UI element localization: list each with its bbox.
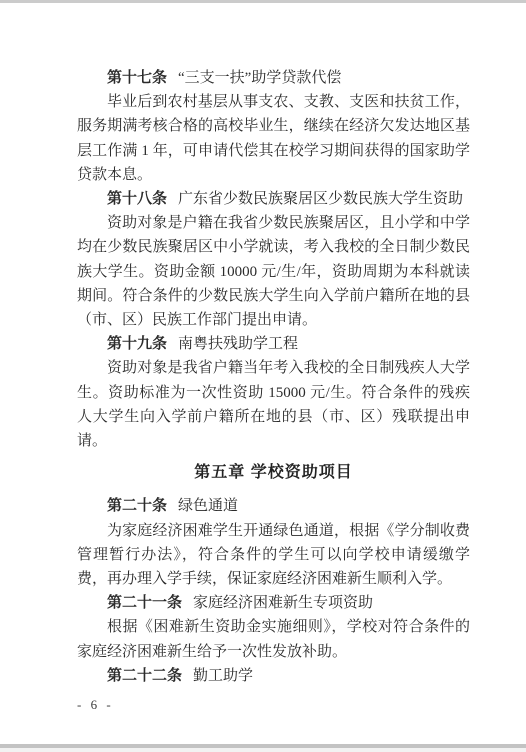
article-17-body: 毕业后到农村基层从事支农、支教、支医和扶贫工作，服务期满考核合格的高校毕业生，继… <box>77 90 470 187</box>
article-21-body: 根据《困难新生资助金实施细则》，学校对符合条件的家庭经济困难新生给予一次性发放补… <box>77 615 470 663</box>
chapter-heading: 第五章 学校资助项目 <box>77 461 470 485</box>
article-title: 广东省少数民族聚居区少数民族大学生资助 <box>178 191 463 207</box>
article-21-heading: 第二十一条家庭经济困难新生专项资助 <box>77 591 470 615</box>
article-19-heading: 第十九条南粤扶残助学工程 <box>77 332 470 356</box>
article-title: “三支一扶”助学贷款代偿 <box>178 70 341 86</box>
article-22-heading: 第二十二条勤工助学 <box>77 664 470 688</box>
article-20-heading: 第二十条绿色通道 <box>77 494 470 518</box>
article-number: 第二十二条 <box>107 668 182 684</box>
article-title: 勤工助学 <box>193 668 253 684</box>
article-18-heading: 第十八条广东省少数民族聚居区少数民族大学生资助 <box>77 187 470 211</box>
page-number: - 6 - <box>77 697 114 713</box>
article-19-body: 资助对象是我省户籍当年考入我校的全日制残疾人大学生。资助标准为一次性资助 150… <box>77 356 470 453</box>
scanned-document-page: 第十七条“三支一扶”助学贷款代偿 毕业后到农村基层从事支农、支教、支医和扶贫工作… <box>0 0 526 752</box>
document-body: 第十七条“三支一扶”助学贷款代偿 毕业后到农村基层从事支农、支教、支医和扶贫工作… <box>77 66 470 688</box>
scan-edge-top <box>0 0 526 3</box>
article-number: 第十九条 <box>107 336 167 352</box>
article-title: 绿色通道 <box>178 498 238 514</box>
article-20-body: 为家庭经济困难学生开通绿色通道，根据《学分制收费管理暂行办法》，符合条件的学生可… <box>77 519 470 592</box>
scan-edge-bottom-shadow <box>0 748 526 752</box>
article-number: 第二十一条 <box>107 595 182 611</box>
article-number: 第十八条 <box>107 191 167 207</box>
article-17-heading: 第十七条“三支一扶”助学贷款代偿 <box>77 66 470 90</box>
article-18-body: 资助对象是户籍在我省少数民族聚居区，且小学和中学均在少数民族聚居区中小学就读，考… <box>77 211 470 332</box>
article-number: 第十七条 <box>107 70 167 86</box>
article-title: 家庭经济困难新生专项资助 <box>193 595 373 611</box>
article-title: 南粤扶残助学工程 <box>178 336 298 352</box>
article-number: 第二十条 <box>107 498 167 514</box>
